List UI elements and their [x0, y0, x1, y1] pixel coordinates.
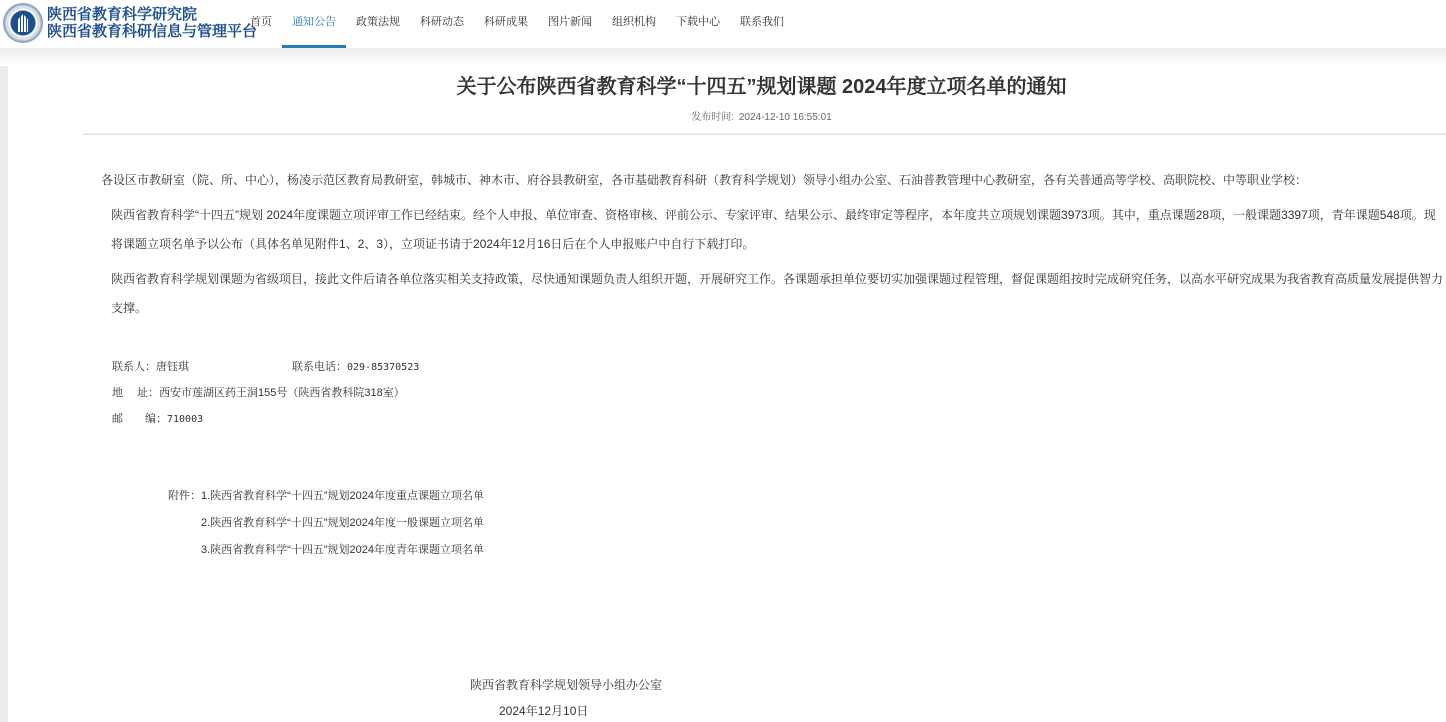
- contact-address-row: 地 址：西安市莲湖区药王洞155号（陕西省教科院318室）: [112, 384, 405, 400]
- attachments-label: 附件：: [168, 490, 201, 502]
- publish-time: 2024-12-10 16:55:01: [739, 112, 832, 123]
- signature-org: 陕西省教育科学规划领导小组办公室: [470, 676, 662, 693]
- contact-phone-label: 联系电话：: [292, 361, 347, 373]
- contact-address: 西安市莲湖区药王洞155号（陕西省教科院318室）: [159, 387, 405, 399]
- salutation-paragraph: 各设区市教研室（院、所、中心），杨凌示范区教育局教研室，韩城市、神木市、府谷县教…: [101, 171, 1307, 188]
- nav-item-research-results[interactable]: 科研成果: [474, 0, 538, 48]
- nav-item-policies[interactable]: 政策法规: [346, 0, 410, 48]
- attachment-1-row: 附件：1.陕西省教育科学“十四五”规划2024年度重点课题立项名单: [168, 487, 484, 503]
- nav-item-contact[interactable]: 联系我们: [730, 0, 794, 48]
- nav-item-home[interactable]: 首页: [240, 0, 282, 48]
- site-header: 陕西省教育科学研究院 陕西省教育科研信息与管理平台 首页 通知公告 政策法规 科…: [0, 0, 1446, 48]
- publish-label: 发布时间:: [691, 112, 734, 123]
- contact-phone-group: 联系电话：029-85370523: [292, 358, 419, 374]
- contact-address-label: 地 址：: [112, 387, 159, 399]
- nav-item-research-news[interactable]: 科研动态: [410, 0, 474, 48]
- nav-item-photo-news[interactable]: 图片新闻: [538, 0, 602, 48]
- attachment-2-link[interactable]: 2.陕西省教育科学“十四五”规划2024年度一般课题立项名单: [201, 514, 484, 530]
- title-divider: [83, 133, 1446, 135]
- signature-date: 2024年12月10日: [499, 702, 588, 719]
- institute-emblem-icon: [3, 3, 43, 43]
- contact-person-row: 联系人：唐钰琪 联系电话：029-85370523: [112, 358, 189, 374]
- left-gutter: [0, 48, 8, 722]
- contact-phone: 029-85370523: [347, 362, 419, 373]
- nav-item-notices[interactable]: 通知公告: [282, 0, 346, 48]
- contact-postcode: 710003: [167, 414, 203, 425]
- attachment-1-link[interactable]: 1.陕西省教育科学“十四五”规划2024年度重点课题立项名单: [201, 490, 484, 502]
- nav-item-downloads[interactable]: 下载中心: [666, 0, 730, 48]
- article-title: 关于公布陕西省教育科学“十四五”规划课题 2024年度立项名单的通知: [83, 70, 1440, 99]
- logo-text: 陕西省教育科学研究院 陕西省教育科研信息与管理平台: [47, 6, 257, 40]
- main-nav: 首页 通知公告 政策法规 科研动态 科研成果 图片新闻 组织机构 下载中心 联系…: [240, 0, 794, 48]
- logo-title-line2: 陕西省教育科研信息与管理平台: [47, 23, 257, 40]
- building-icon: [18, 14, 28, 32]
- contact-person-label: 联系人：: [112, 361, 156, 373]
- site-logo[interactable]: 陕西省教育科学研究院 陕西省教育科研信息与管理平台: [3, 3, 257, 43]
- publish-info: 发布时间: 2024-12-10 16:55:01: [83, 108, 1440, 123]
- contact-postcode-label: 邮 编：: [112, 413, 167, 425]
- paragraph-results: 陕西省教育科学“十四五”规划 2024年度课题立项评审工作已经结束。经个人申报、…: [83, 201, 1443, 259]
- contact-person: 唐钰琪: [156, 361, 189, 373]
- nav-item-organization[interactable]: 组织机构: [602, 0, 666, 48]
- attachment-3-link[interactable]: 3.陕西省教育科学“十四五”规划2024年度青年课题立项名单: [201, 541, 484, 557]
- logo-title-line1: 陕西省教育科学研究院: [47, 6, 257, 23]
- header-shadow: [0, 48, 1446, 66]
- contact-postcode-row: 邮 编：710003: [112, 410, 203, 426]
- paragraph-requirements: 陕西省教育科学规划课题为省级项目，接此文件后请各单位落实相关支持政策，尽快通知课…: [83, 265, 1443, 323]
